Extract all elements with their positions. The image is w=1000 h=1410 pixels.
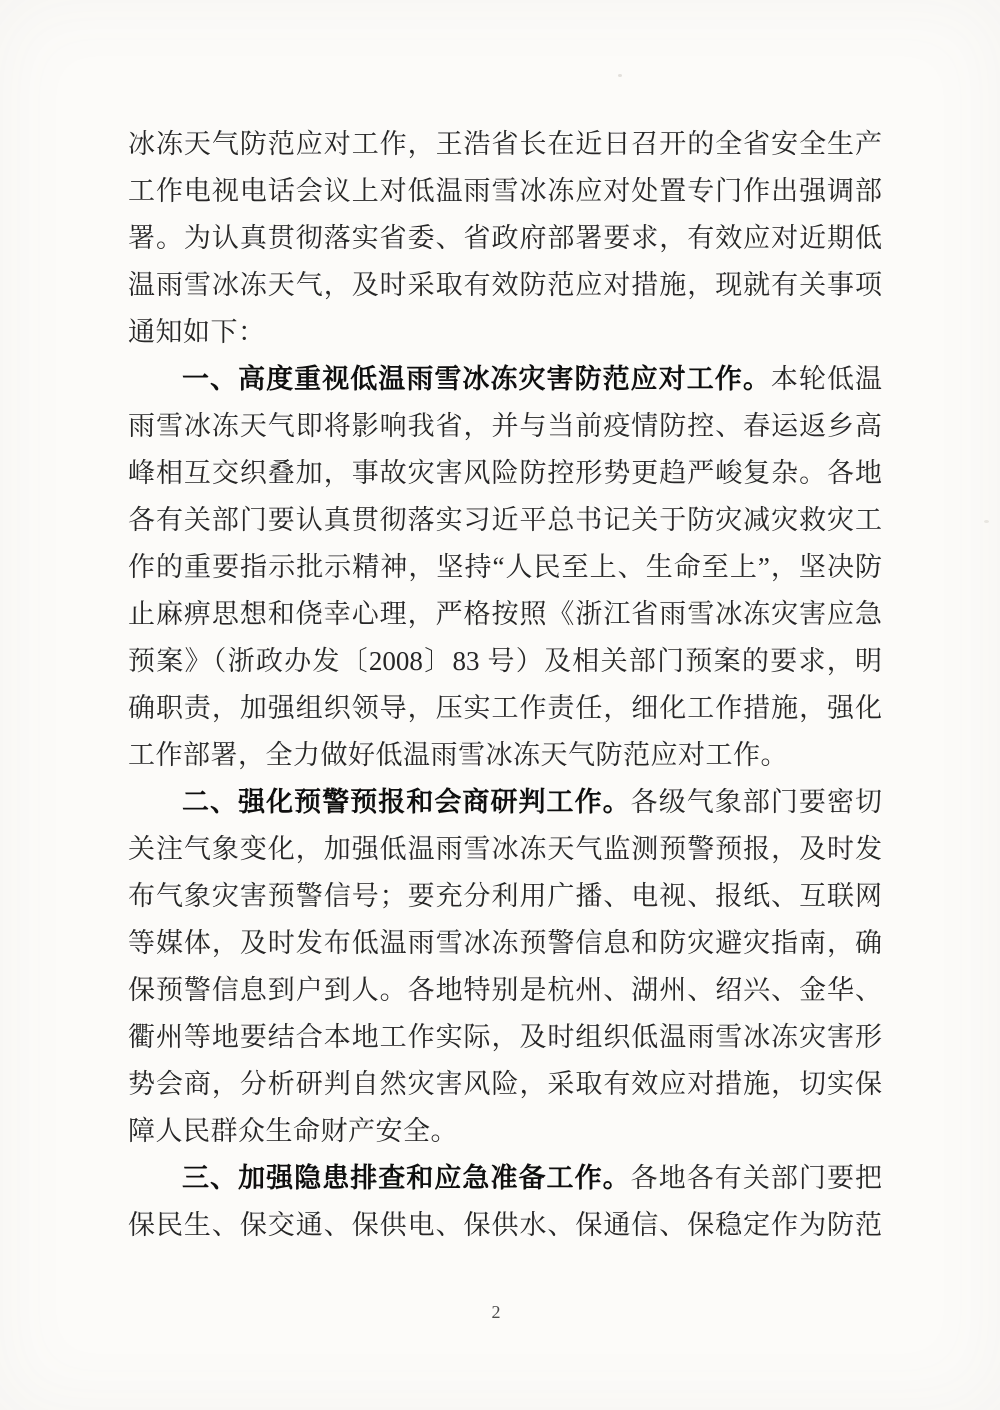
scan-artifact [618, 74, 622, 77]
text-line: 止麻痹思想和侥幸心理，严格按照《浙江省雨雪冰冻灾害应急 [128, 591, 882, 638]
text-line: 雨雪冰冻天气即将影响我省，并与当前疫情防控、春运返乡高 [128, 403, 882, 450]
text-line: 势会商，分析研判自然灾害风险，采取有效应对措施，切实保 [128, 1061, 882, 1108]
text-line: 温雨雪冰冻天气，及时采取有效防范应对措施，现就有关事项 [128, 262, 882, 309]
paragraph-start-line: 二、强化预警预报和会商研判工作。各级气象部门要密切 [128, 779, 882, 826]
line-text: 本轮低温 [771, 364, 882, 394]
line-text: 作的重要指示批示精神，坚持“人民至上、生命至上”，坚决防 [128, 552, 882, 582]
line-text: 止麻痹思想和侥幸心理，严格按照《浙江省雨雪冰冻灾害应急 [128, 599, 882, 629]
line-text: 各有关部门要认真贯彻落实习近平总书记关于防灾减灾救灾工 [128, 505, 882, 535]
text-line: 各有关部门要认真贯彻落实习近平总书记关于防灾减灾救灾工 [128, 497, 882, 544]
line-text: 各级气象部门要密切 [631, 787, 882, 817]
scan-artifact [984, 520, 989, 523]
line-text: 冰冻天气防范应对工作，王浩省长在近日召开的全省安全生产 [128, 129, 882, 159]
text-line: 障人民群众生命财产安全。 [128, 1108, 882, 1155]
line-text: 布气象灾害预警信号；要充分利用广播、电视、报纸、互联网 [128, 881, 882, 911]
section-heading: 一、高度重视低温雨雪冰冻灾害防范应对工作。 [182, 364, 771, 394]
text-line: 保民生、保交通、保供电、保供水、保通信、保稳定作为防范 [128, 1202, 882, 1249]
line-text: 势会商，分析研判自然灾害风险，采取有效应对措施，切实保 [128, 1069, 882, 1099]
line-text: 保民生、保交通、保供电、保供水、保通信、保稳定作为防范 [128, 1210, 882, 1240]
section-heading: 三、加强隐患排查和应急准备工作。 [182, 1163, 631, 1193]
paragraph-start-line: 一、高度重视低温雨雪冰冻灾害防范应对工作。本轮低温 [128, 356, 882, 403]
line-text: 温雨雪冰冻天气，及时采取有效防范应对措施，现就有关事项 [128, 270, 882, 300]
document-page: 冰冻天气防范应对工作，王浩省长在近日召开的全省安全生产工作电视电话会议上对低温雨… [0, 0, 1000, 1410]
line-text: 保预警信息到户到人。各地特别是杭州、湖州、绍兴、金华、 [128, 975, 882, 1005]
line-text: 各地各有关部门要把 [631, 1163, 882, 1193]
line-text: 峰相互交织叠加，事故灾害风险防控形势更趋严峻复杂。各地 [128, 458, 882, 488]
line-text: 障人民群众生命财产安全。 [128, 1116, 458, 1146]
line-text: 确职责，加强组织领导，压实工作责任，细化工作措施，强化 [128, 693, 882, 723]
line-text: 雨雪冰冻天气即将影响我省，并与当前疫情防控、春运返乡高 [128, 411, 882, 441]
text-line: 等媒体，及时发布低温雨雪冰冻预警信息和防灾避灾指南，确 [128, 920, 882, 967]
line-text: 预案》（浙政办发〔2008〕83 号）及相关部门预案的要求，明 [128, 646, 882, 676]
text-line: 冰冻天气防范应对工作，王浩省长在近日召开的全省安全生产 [128, 121, 882, 168]
text-line: 署。为认真贯彻落实省委、省政府部署要求，有效应对近期低 [128, 215, 882, 262]
text-line: 工作部署，全力做好低温雨雪冰冻天气防范应对工作。 [128, 732, 882, 779]
text-line: 通知如下： [128, 309, 882, 356]
text-line: 布气象灾害预警信号；要充分利用广播、电视、报纸、互联网 [128, 873, 882, 920]
line-text: 关注气象变化，加强低温雨雪冰冻天气监测预警预报，及时发 [128, 834, 882, 864]
text-line: 作的重要指示批示精神，坚持“人民至上、生命至上”，坚决防 [128, 544, 882, 591]
line-text: 衢州等地要结合本地工作实际，及时组织低温雨雪冰冻灾害形 [128, 1022, 882, 1052]
line-text: 工作电视电话会议上对低温雨雪冰冻应对处置专门作出强调部 [128, 176, 882, 206]
text-line: 工作电视电话会议上对低温雨雪冰冻应对处置专门作出强调部 [128, 168, 882, 215]
line-text: 工作部署，全力做好低温雨雪冰冻天气防范应对工作。 [128, 740, 788, 770]
text-line: 关注气象变化，加强低温雨雪冰冻天气监测预警预报，及时发 [128, 826, 882, 873]
section-heading: 二、强化预警预报和会商研判工作。 [182, 787, 631, 817]
text-line: 衢州等地要结合本地工作实际，及时组织低温雨雪冰冻灾害形 [128, 1014, 882, 1061]
document-body: 冰冻天气防范应对工作，王浩省长在近日召开的全省安全生产工作电视电话会议上对低温雨… [128, 121, 882, 1249]
text-line: 预案》（浙政办发〔2008〕83 号）及相关部门预案的要求，明 [128, 638, 882, 685]
line-text: 通知如下： [128, 317, 266, 347]
page-number: 2 [0, 1302, 992, 1323]
paragraph-start-line: 三、加强隐患排查和应急准备工作。各地各有关部门要把 [128, 1155, 882, 1202]
text-line: 保预警信息到户到人。各地特别是杭州、湖州、绍兴、金华、 [128, 967, 882, 1014]
line-text: 等媒体，及时发布低温雨雪冰冻预警信息和防灾避灾指南，确 [128, 928, 882, 958]
line-text: 署。为认真贯彻落实省委、省政府部署要求，有效应对近期低 [128, 223, 882, 253]
text-line: 确职责，加强组织领导，压实工作责任，细化工作措施，强化 [128, 685, 882, 732]
text-line: 峰相互交织叠加，事故灾害风险防控形势更趋严峻复杂。各地 [128, 450, 882, 497]
